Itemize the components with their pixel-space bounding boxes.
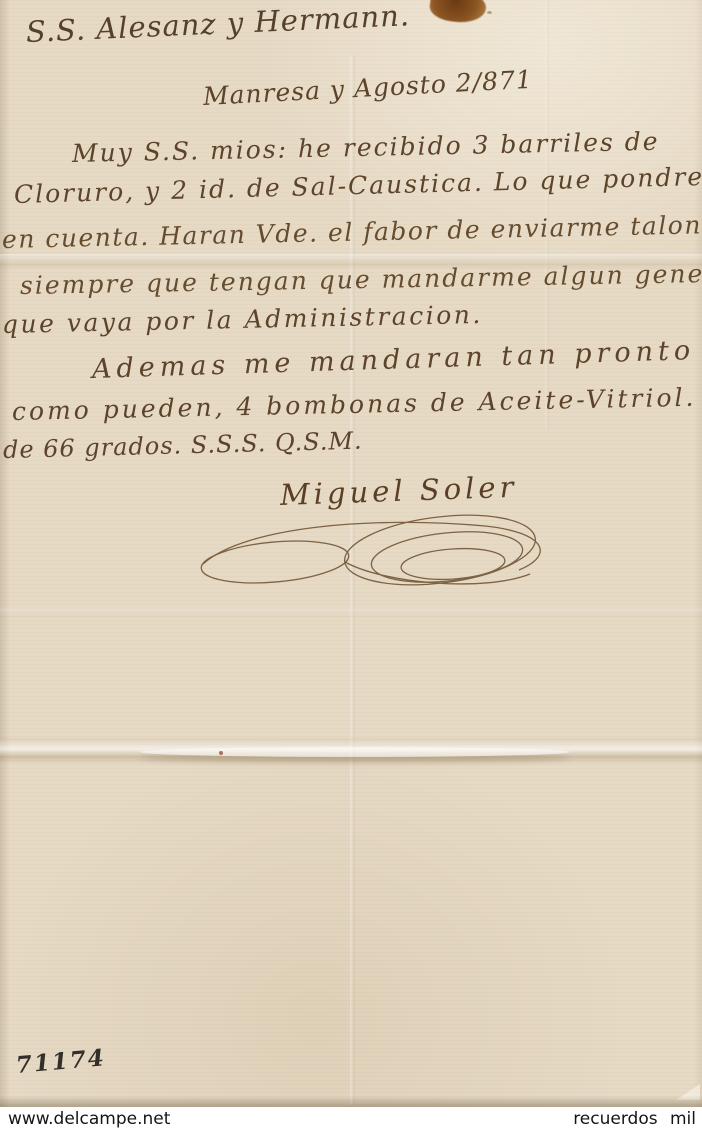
horizontal-fold-crease-middle [0,608,702,618]
dateline: Manresa y Agosto 2/871 [202,67,533,109]
body-line: Cloruro, y 2 id. de Sal-Caustica. Lo que… [14,164,702,207]
watermark-slogan-text: recuerdos mil [573,1107,696,1132]
body-line: como pueden, 4 bombonas de Aceite-Vitrio… [12,385,697,424]
fold-ridge [140,747,570,757]
paper-speck [219,751,223,755]
signature-flourish [185,502,565,607]
body-line: que vaya por la Administracion. [2,302,483,337]
closing-line: de 66 grados. S.S.S. Q.S.M. [3,429,363,462]
reference-number: 71174 [15,1044,107,1079]
body-line: Ademas me mandaran tan pronto [92,337,696,383]
paper-bottom-shadow [0,1096,702,1107]
addressee-line: S.S. Alesanz y Hermann. [25,1,410,47]
watermark-bar: www.delcampe.net recuerdos mil [0,1107,702,1132]
letter-paper: S.S. Alesanz y Hermann. Manresa y Agosto… [0,0,702,1107]
body-line: en cuenta. Haran Vde. el fabor de enviar… [2,212,702,252]
ink-stain [428,0,487,25]
paper-speck [487,11,492,14]
body-line: Muy S.S. mios: he recibido 3 barriles de [72,129,660,166]
watermark-site-text: www.delcampe.net [8,1107,170,1132]
scanned-letter-page: S.S. Alesanz y Hermann. Manresa y Agosto… [0,0,702,1132]
